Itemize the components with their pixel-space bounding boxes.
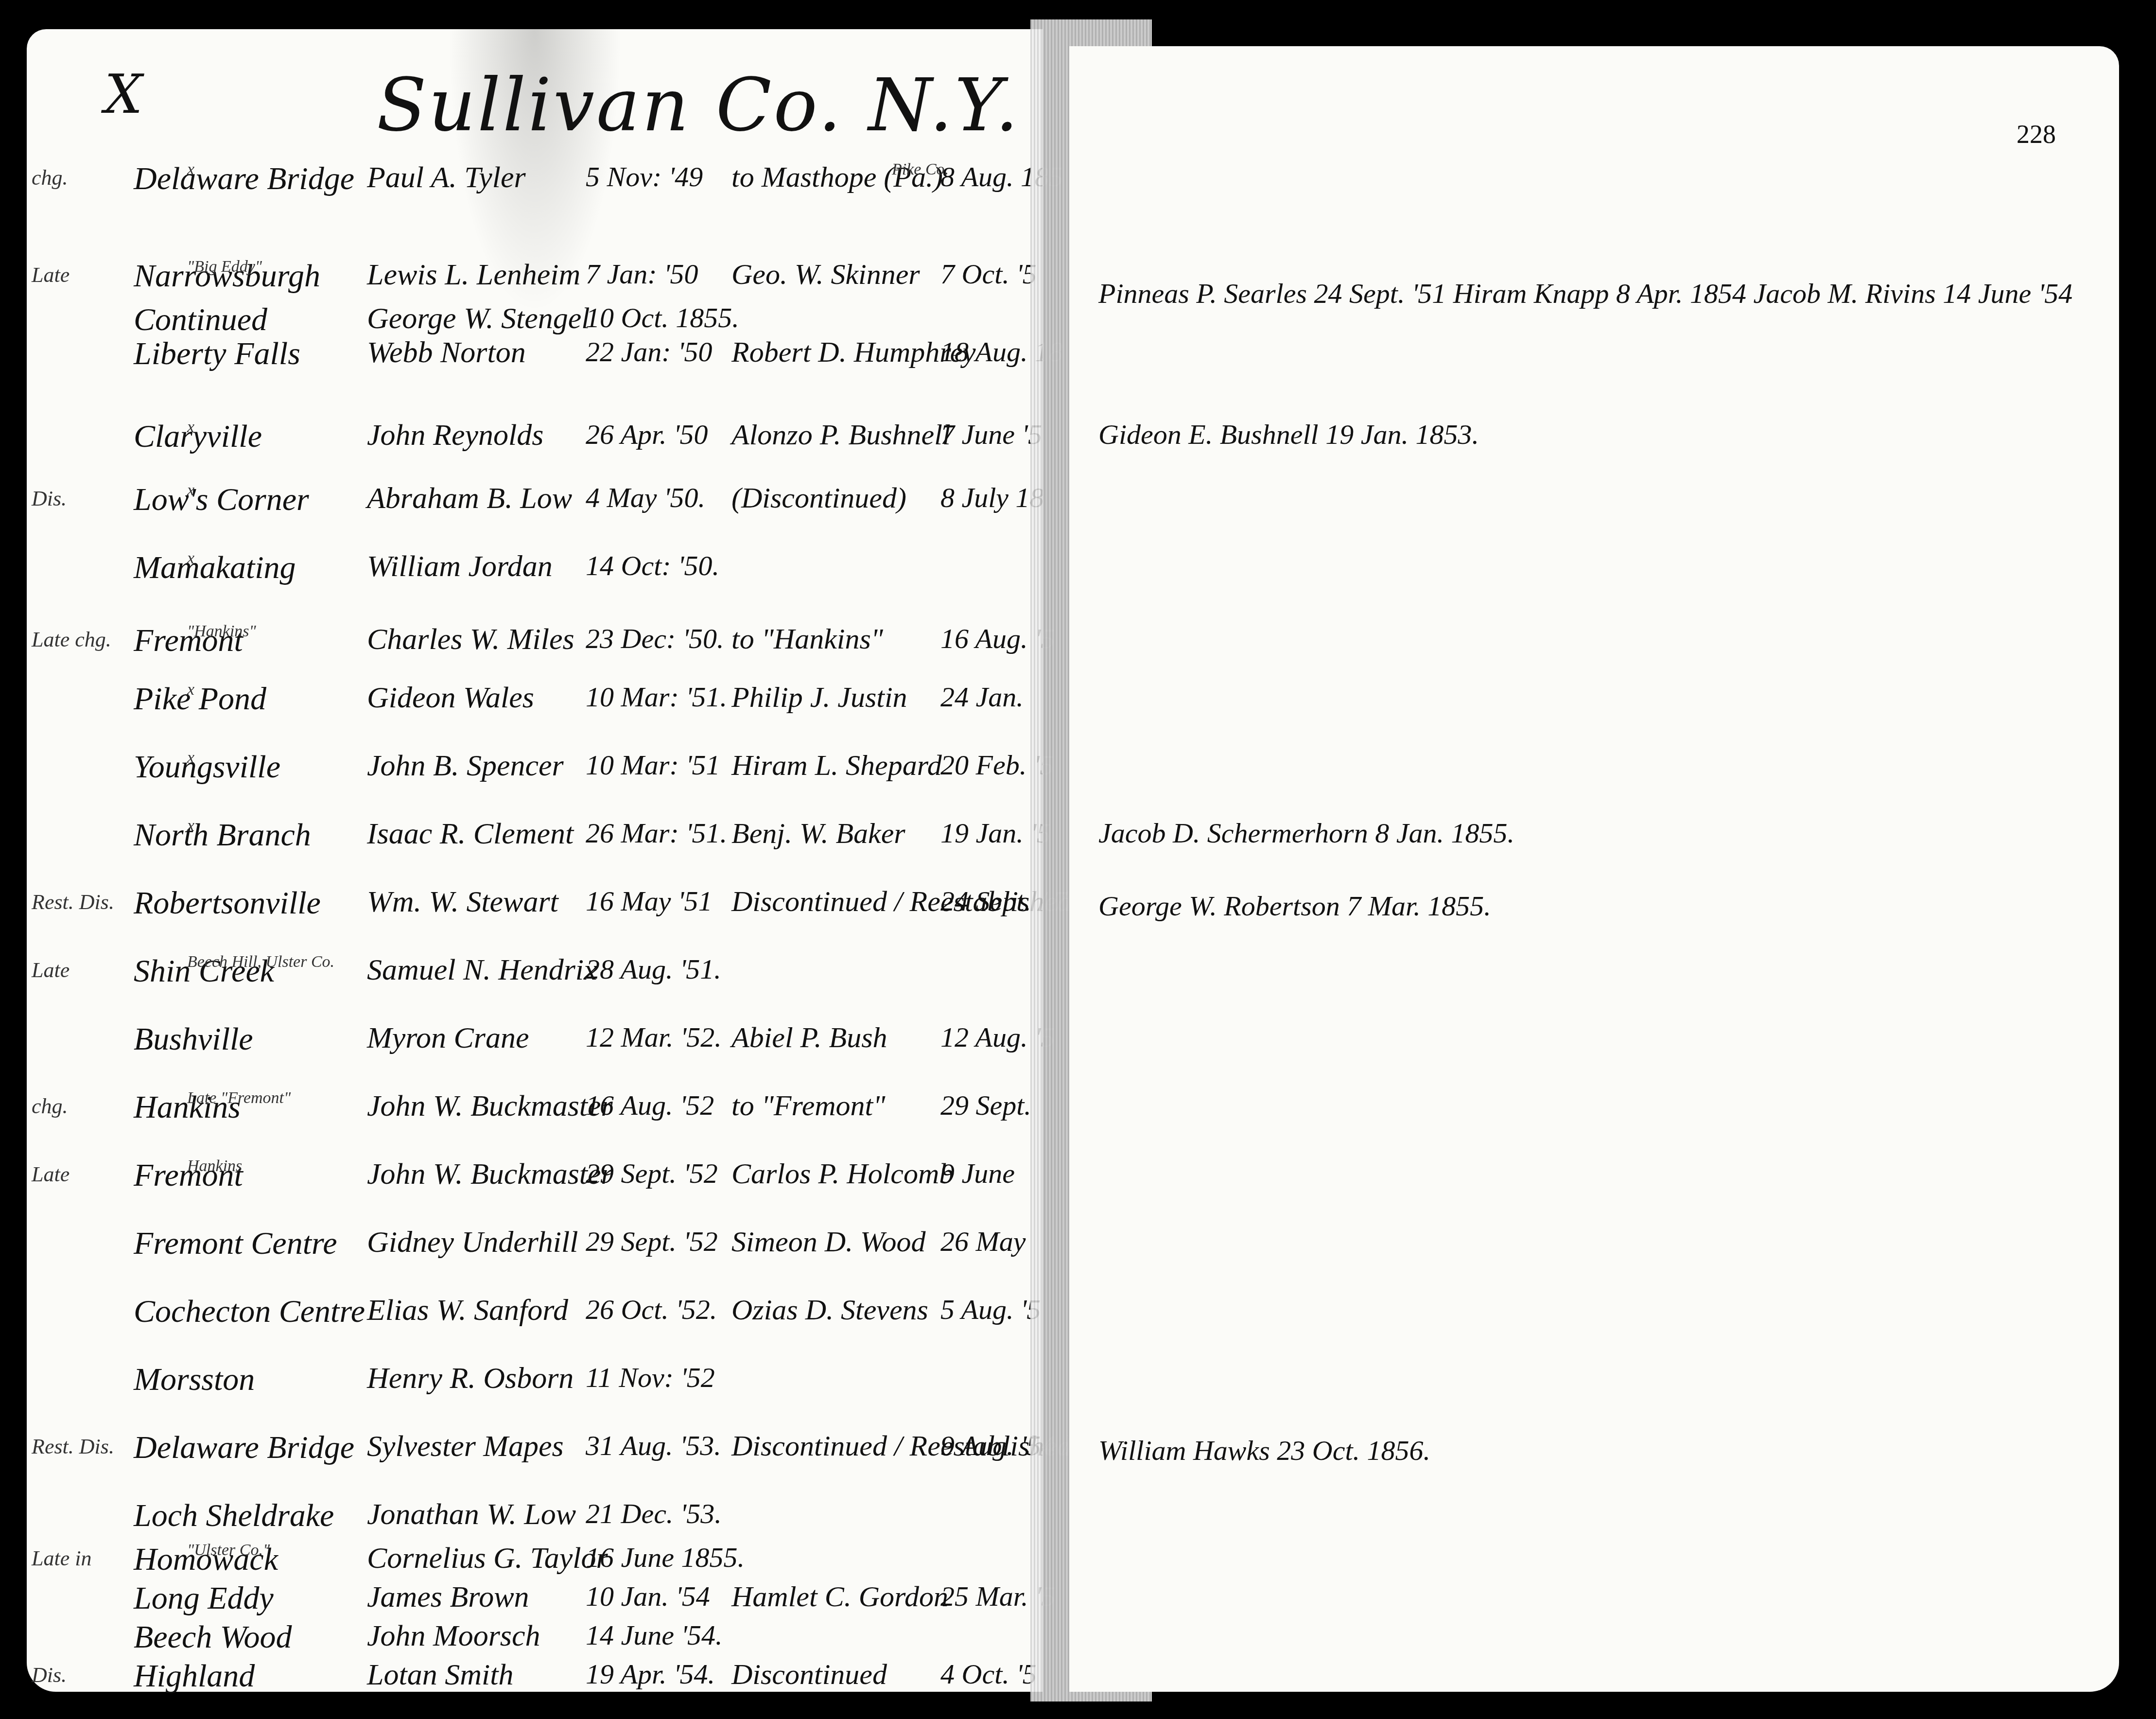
appointment-date: 26 Oct. '52. bbox=[586, 1293, 717, 1326]
appointment-date: 29 Sept. '52 bbox=[586, 1157, 718, 1190]
appointment-date: 14 June '54. bbox=[586, 1619, 722, 1651]
appointment-date: 7 Jan: '50 bbox=[586, 258, 698, 290]
appointment-date: 21 Dec. '53. bbox=[586, 1497, 722, 1530]
post-office-name: Beech Wood bbox=[134, 1619, 292, 1656]
post-office-name: Highland bbox=[134, 1658, 255, 1695]
office-annotation: x bbox=[187, 160, 194, 179]
successor-name: Robert D. Humphrey bbox=[731, 335, 976, 369]
successor-name: Benj. W. Baker bbox=[731, 817, 905, 850]
right-page: 228 Pinneas P. Searles 24 Sept. '51 Hira… bbox=[1069, 46, 2119, 1692]
margin-note: Rest. Dis. bbox=[32, 1434, 114, 1459]
successor-name: Discontinued bbox=[731, 1658, 887, 1691]
office-annotation: Hankins bbox=[187, 1157, 242, 1175]
successor-date: 9 June bbox=[940, 1157, 1015, 1190]
left-page: X Sullivan Co. N.Y. chg.Delaware BridgeP… bbox=[27, 29, 1043, 1692]
margin-note: Late bbox=[32, 263, 70, 287]
postmaster-name: Isaac R. Clement bbox=[367, 817, 574, 851]
successor-name: to "Hankins" bbox=[731, 622, 883, 656]
postmaster-name: Paul A. Tyler bbox=[367, 160, 526, 195]
postmaster-name: James Brown bbox=[367, 1580, 529, 1614]
appointment-date: 10 Mar: '51. bbox=[586, 681, 727, 713]
post-office-name: Pike Pond bbox=[134, 681, 266, 718]
successor-name: Hamlet C. Gordon bbox=[731, 1580, 948, 1614]
successor-annotation: Pike Co. bbox=[892, 160, 949, 179]
postmaster-name: Sylvester Mapes bbox=[367, 1429, 564, 1464]
post-office-name: Delaware Bridge bbox=[134, 160, 354, 197]
office-annotation: x bbox=[187, 481, 194, 500]
continuation-entry: William Hawks 23 Oct. 1856. bbox=[1098, 1434, 1430, 1467]
successor-name: (Discontinued) bbox=[731, 481, 906, 515]
successor-name: Simeon D. Wood bbox=[731, 1225, 925, 1259]
successor-date: 29 Sept. bbox=[940, 1089, 1031, 1122]
appointment-date: 23 Dec: '50. bbox=[586, 622, 724, 655]
postmaster-name: John W. Buckmaster bbox=[367, 1157, 613, 1192]
postmaster-name: Myron Crane bbox=[367, 1021, 529, 1055]
margin-note: Dis. bbox=[32, 1663, 67, 1687]
office-annotation: "Hankins" bbox=[187, 622, 256, 641]
appointment-date: 19 Apr. '54. bbox=[586, 1658, 715, 1690]
post-office-name: Continued bbox=[134, 301, 267, 338]
postmaster-name: John B. Spencer bbox=[367, 749, 564, 783]
post-office-name: Loch Sheldrake bbox=[134, 1497, 334, 1534]
successor-name: Ozias D. Stevens bbox=[731, 1293, 928, 1327]
successor-date: 24 Jan. bbox=[940, 681, 1024, 713]
postmaster-name: John Moorsch bbox=[367, 1619, 540, 1653]
post-office-name: Morsston bbox=[134, 1361, 255, 1398]
successor-name: Alonzo P. Bushnell bbox=[731, 418, 951, 452]
corner-mark: X bbox=[104, 63, 142, 125]
office-annotation: x bbox=[187, 549, 194, 568]
postmaster-name: Wm. W. Stewart bbox=[367, 885, 558, 919]
postmaster-name: Henry R. Osborn bbox=[367, 1361, 574, 1396]
continuation-entry: Jacob D. Schermerhorn 8 Jan. 1855. bbox=[1098, 817, 1514, 849]
appointment-date: 26 Apr. '50 bbox=[586, 418, 708, 451]
post-office-name: Low's Corner bbox=[134, 481, 309, 518]
postmaster-name: John Reynolds bbox=[367, 418, 543, 453]
office-annotation: x bbox=[187, 817, 194, 835]
postmaster-name: Jonathan W. Low bbox=[367, 1497, 576, 1532]
margin-note: Dis. bbox=[32, 486, 67, 511]
post-office-name: Long Eddy bbox=[134, 1580, 274, 1617]
post-office-name: Cochecton Centre bbox=[134, 1293, 365, 1330]
margin-note: Late bbox=[32, 1162, 70, 1187]
appointment-date: 16 June 1855. bbox=[586, 1541, 745, 1574]
margin-note: Late bbox=[32, 958, 70, 982]
postmaster-name: Gideon Wales bbox=[367, 681, 534, 715]
postmaster-name: William Jordan bbox=[367, 549, 553, 584]
office-annotation: x bbox=[187, 749, 194, 767]
successor-name: Hiram L. Shepard bbox=[731, 749, 942, 782]
postmaster-name: Samuel N. Hendrix bbox=[367, 953, 597, 987]
post-office-name: Delaware Bridge bbox=[134, 1429, 354, 1466]
successor-date: 7 Oct. '5 bbox=[940, 258, 1037, 290]
postmaster-name: Charles W. Miles bbox=[367, 622, 574, 657]
margin-note: Late in bbox=[32, 1546, 91, 1571]
appointment-date: 16 Aug. '52 bbox=[586, 1089, 714, 1122]
appointment-date: 14 Oct: '50. bbox=[586, 549, 719, 582]
appointment-date: 16 May '51 bbox=[586, 885, 712, 917]
postmaster-name: John W. Buckmaster bbox=[367, 1089, 613, 1123]
post-office-name: Robertsonville bbox=[134, 885, 321, 922]
successor-name: Geo. W. Skinner bbox=[731, 258, 920, 291]
appointment-date: 11 Nov: '52 bbox=[586, 1361, 715, 1394]
postmaster-name: Webb Norton bbox=[367, 335, 526, 370]
post-office-name: Bushville bbox=[134, 1021, 253, 1058]
appointment-date: 31 Aug. '53. bbox=[586, 1429, 721, 1462]
successor-date: 5 Aug. '5 bbox=[940, 1293, 1041, 1326]
page-number: 228 bbox=[2017, 119, 2056, 149]
successor-date: 26 May bbox=[940, 1225, 1026, 1258]
appointment-date: 4 May '50. bbox=[586, 481, 705, 514]
appointment-date: 10 Jan. '54 bbox=[586, 1580, 710, 1613]
appointment-date: 5 Nov: '49 bbox=[586, 160, 703, 193]
appointment-date: 26 Mar: '51. bbox=[586, 817, 727, 849]
postmaster-name: George W. Stengel bbox=[367, 301, 590, 336]
office-annotation: Late "Fremont" bbox=[187, 1089, 291, 1107]
post-office-name: Youngsville bbox=[134, 749, 280, 786]
post-office-name: Liberty Falls bbox=[134, 335, 300, 372]
office-annotation: x bbox=[187, 681, 194, 699]
successor-name: to "Fremont" bbox=[731, 1089, 885, 1123]
continuation-entry: George W. Robertson 7 Mar. 1855. bbox=[1098, 890, 1491, 922]
post-office-name: Claryville bbox=[134, 418, 262, 455]
margin-note: Rest. Dis. bbox=[32, 890, 114, 914]
postmaster-name: Lewis L. Lenheim bbox=[367, 258, 580, 292]
appointment-date: 10 Oct. 1855. bbox=[586, 301, 739, 334]
office-annotation: Beech Hill, Ulster Co. bbox=[187, 953, 334, 971]
margin-note: chg. bbox=[32, 165, 68, 190]
post-office-name: Fremont Centre bbox=[134, 1225, 337, 1262]
continuation-entry: Pinneas P. Searles 24 Sept. '51 Hiram Kn… bbox=[1098, 277, 2072, 310]
continuation-entry: Gideon E. Bushnell 19 Jan. 1853. bbox=[1098, 418, 1479, 451]
office-annotation: x bbox=[187, 418, 194, 437]
successor-date: 8 July 18 bbox=[940, 481, 1044, 514]
post-office-name: North Branch bbox=[134, 817, 311, 854]
margin-note: Late chg. bbox=[32, 627, 111, 652]
postmaster-name: Gidney Underhill bbox=[367, 1225, 578, 1260]
page-title: Sullivan Co. N.Y. bbox=[377, 63, 1020, 148]
successor-name: Carlos P. Holcomb bbox=[731, 1157, 954, 1191]
appointment-date: 10 Mar: '51 bbox=[586, 749, 720, 781]
successor-name: Abiel P. Bush bbox=[731, 1021, 887, 1054]
office-annotation: "Big Eddy" bbox=[187, 258, 262, 276]
appointment-date: 29 Sept. '52 bbox=[586, 1225, 718, 1258]
postmaster-name: Elias W. Sanford bbox=[367, 1293, 568, 1328]
postmaster-name: Lotan Smith bbox=[367, 1658, 513, 1692]
postmaster-name: Cornelius G. Taylor bbox=[367, 1541, 608, 1576]
margin-note: chg. bbox=[32, 1094, 68, 1119]
post-office-name: Mamakating bbox=[134, 549, 296, 586]
office-annotation: "Ulster Co." bbox=[187, 1541, 270, 1560]
appointment-date: 22 Jan: '50 bbox=[586, 335, 712, 368]
successor-date: 4 Oct. '5 bbox=[940, 1658, 1037, 1690]
successor-date: 7 June '5 bbox=[940, 418, 1042, 451]
postmaster-name: Abraham B. Low bbox=[367, 481, 572, 516]
successor-name: Philip J. Justin bbox=[731, 681, 907, 714]
appointment-date: 12 Mar. '52. bbox=[586, 1021, 722, 1053]
appointment-date: 28 Aug. '51. bbox=[586, 953, 721, 985]
